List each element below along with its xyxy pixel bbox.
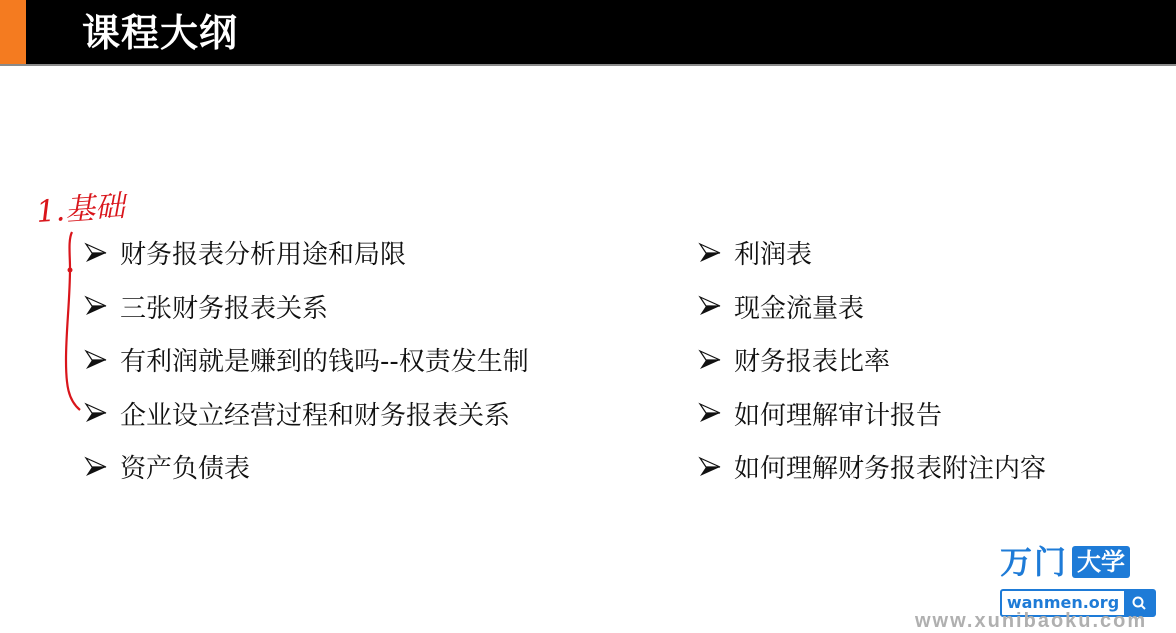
- outline-item: 利润表: [698, 226, 1046, 280]
- outline-item-label: 三张财务报表关系: [120, 288, 328, 325]
- outline-item: 财务报表分析用途和局限: [84, 226, 529, 280]
- outline-item: 如何理解审计报告: [698, 387, 1046, 441]
- outline-left-column: 财务报表分析用途和局限 三张财务报表关系 有利润就是赚到的钱吗--权责发生制 企…: [84, 226, 529, 494]
- page-title: 课程大纲: [82, 10, 238, 56]
- arrowhead-bullet-icon: [698, 401, 722, 425]
- outline-item-label: 如何理解财务报表附注内容: [734, 448, 1046, 485]
- logo-brand: 万门: [1000, 545, 1068, 579]
- outline-item-label: 财务报表比率: [734, 341, 890, 378]
- arrowhead-bullet-icon: [84, 241, 108, 265]
- outline-item: 三张财务报表关系: [84, 280, 529, 334]
- outline-item-label: 现金流量表: [734, 288, 864, 325]
- outline-item: 有利润就是赚到的钱吗--权责发生制: [84, 333, 529, 387]
- handwritten-label: 1.基础: [35, 181, 126, 231]
- arrowhead-bullet-icon: [698, 241, 722, 265]
- header-accent: [0, 0, 26, 64]
- header-divider: [0, 64, 1176, 66]
- outline-item-label: 利润表: [734, 234, 812, 271]
- arrowhead-bullet-icon: [698, 455, 722, 479]
- outline-item: 现金流量表: [698, 280, 1046, 334]
- arrowhead-bullet-icon: [698, 348, 722, 372]
- arrowhead-bullet-icon: [84, 455, 108, 479]
- outline-item-label: 资产负债表: [120, 448, 250, 485]
- header-bar: 课程大纲: [0, 0, 1176, 64]
- outline-item-label: 财务报表分析用途和局限: [120, 234, 406, 271]
- outline-item-label: 如何理解审计报告: [734, 395, 942, 432]
- arrowhead-bullet-icon: [84, 294, 108, 318]
- outline-item: 企业设立经营过程和财务报表关系: [84, 387, 529, 441]
- outline-right-column: 利润表 现金流量表 财务报表比率 如何理解审计报告 如何理解财务报表附注内容: [698, 226, 1046, 494]
- arrowhead-bullet-icon: [84, 401, 108, 425]
- watermark: www.xunibaoku.com: [915, 610, 1147, 633]
- outline-item: 财务报表比率: [698, 333, 1046, 387]
- arrowhead-bullet-icon: [84, 348, 108, 372]
- arrowhead-bullet-icon: [698, 294, 722, 318]
- logo-badge: 大学: [1072, 546, 1130, 578]
- wanmen-logo: 万门 大学 wanmen.org: [1000, 545, 1160, 617]
- outline-item: 如何理解财务报表附注内容: [698, 440, 1046, 494]
- outline-item: 资产负债表: [84, 440, 529, 494]
- outline-item-label: 企业设立经营过程和财务报表关系: [120, 395, 510, 432]
- outline-item-label: 有利润就是赚到的钱吗--权责发生制: [120, 341, 529, 378]
